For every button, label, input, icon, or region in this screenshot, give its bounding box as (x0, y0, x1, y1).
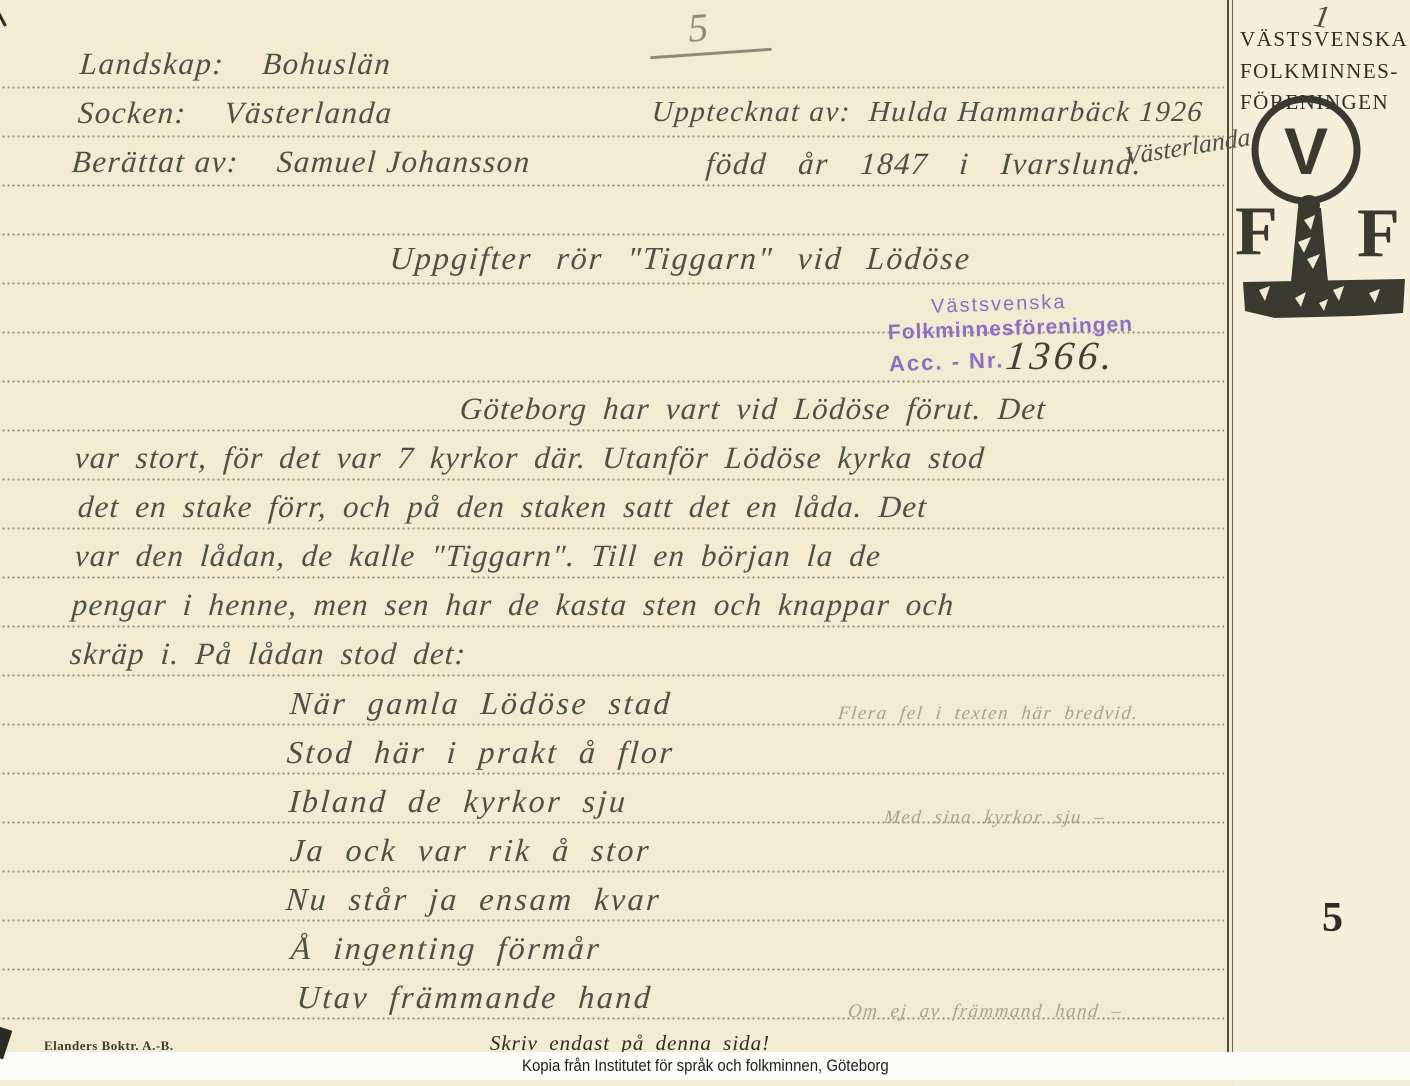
handwritten-page-number: 5 (686, 3, 709, 51)
poem-line: När gamla Lödöse stad (289, 685, 674, 722)
berattat-label: Berättat av: (71, 144, 240, 179)
logo-letter-v: V (1284, 114, 1328, 188)
thors-hammer-logo-icon: V F F (1235, 92, 1410, 332)
poem-line: Ibland de kyrkor sju (288, 783, 629, 820)
poem-line: Å ingenting förmår (290, 930, 603, 967)
margin-rule-outer (1227, 0, 1229, 1053)
archive-caption: Kopia från Institutet för språk och folk… (522, 1056, 889, 1076)
socken-label: Socken: (77, 95, 188, 130)
printed-page-number: 5 (1322, 894, 1343, 942)
letterhead-line-1: VÄSTSVENSKA (1240, 24, 1402, 56)
body-line: var den lådan, de kalle "Tiggarn". Till … (74, 538, 883, 574)
socken-value: Västerlanda (223, 95, 394, 130)
margin-note: Flera fel i texten här bredvid. (837, 703, 1140, 725)
margin-note: Om ej av främmand hand – (847, 1001, 1124, 1023)
margin-rule-inner (1232, 0, 1233, 1053)
accession-number: 1366. (1004, 332, 1119, 379)
document-page: 5 1 VÄSTSVENSKA FOLKMINNES- FÖRENINGEN V… (0, 0, 1410, 1086)
scan-artifact-top-left (0, 0, 7, 27)
born-line: född år 1847 i Ivarslund. (705, 146, 1144, 182)
margin-note: Med sina kyrkor sju – (883, 807, 1107, 829)
berattat-value: Samuel Johansson (276, 144, 532, 179)
poem-line: Stod här i prakt å flor (286, 734, 676, 771)
body-line: Göteborg har vart vid Lödöse förut. Det (459, 391, 1048, 427)
body-line: skräp i. På lådan stod det: (69, 636, 468, 672)
upptecknat-value: Hulda Hammarbäck 1926 (868, 96, 1205, 128)
body-line: det en stake förr, och på den staken sat… (77, 489, 929, 525)
logo-letter-f-right: F (1357, 195, 1400, 272)
page-number-underline (650, 48, 772, 60)
landskap-label: Landskap: (79, 46, 226, 81)
document-title: Uppgifter rör "Tiggarn" vid Lödöse (389, 240, 973, 277)
body-line: var stort, för det var 7 kyrkor där. Uta… (74, 440, 987, 476)
archive-caption-bar: Kopia från Institutet för språk och folk… (0, 1052, 1410, 1080)
body-line: pengar i henne, men sen har de kasta ste… (71, 587, 956, 623)
field-berattat-av: Berättat av:Samuel Johansson (71, 144, 532, 180)
landskap-value: Bohuslän (261, 46, 393, 81)
upptecknat-label: Upptecknat av: (651, 96, 852, 128)
field-upptecknat-av: Upptecknat av:Hulda Hammarbäck 1926 (651, 96, 1205, 129)
poem-line: Utav främmande hand (296, 979, 654, 1016)
logo-letter-f-left: F (1235, 193, 1278, 270)
field-landskap: Landskap:Bohuslän (79, 46, 393, 82)
field-socken: Socken:Västerlanda (77, 95, 394, 131)
letterhead-line-2: FOLKMINNES- (1240, 56, 1402, 88)
stamp-line-1: Västsvenska (931, 290, 1133, 317)
poem-line: Nu står ja ensam kvar (285, 881, 663, 918)
poem-line: Ja ock var rik å stor (289, 832, 653, 869)
